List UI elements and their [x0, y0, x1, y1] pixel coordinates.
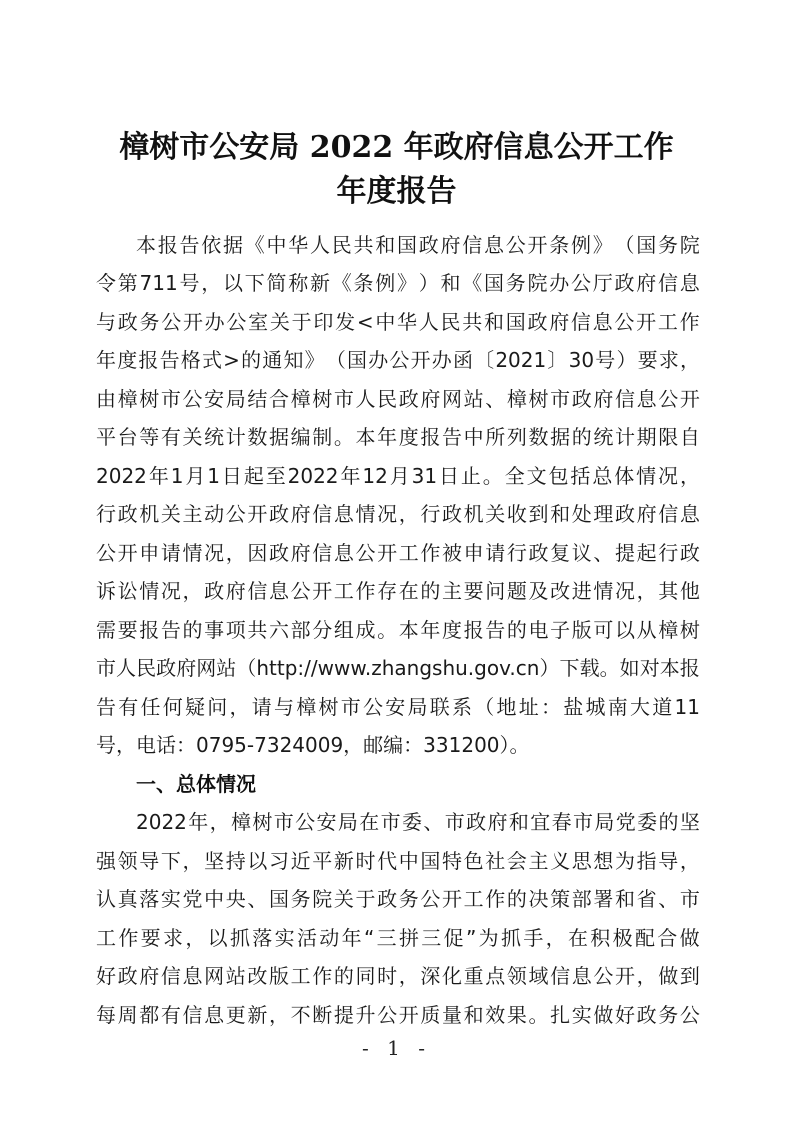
- section-heading-overview: 一、总体情况: [136, 769, 256, 799]
- text-line: 告有任何疑问，请与樟树市公安局联系（地址：盐城南大道11: [96, 692, 700, 722]
- text-line: 号，电话：0795-7324009，邮编：331200）。: [96, 730, 700, 760]
- document-page: 樟树市公安局 2022 年政府信息公开工作 年度报告 本报告依据《中华人民共和国…: [0, 0, 793, 1122]
- text-line: 平台等有关统计数据编制。本年度报告中所列数据的统计期限自: [96, 422, 700, 452]
- text-line: 行政机关主动公开政府信息情况，行政机关收到和处理政府信息: [96, 499, 700, 529]
- report-title-line-2: 年度报告: [0, 166, 793, 210]
- page-number: - 1 -: [0, 1036, 793, 1060]
- text-line: 好政府信息网站改版工作的同时，深化重点领域信息公开，做到: [96, 961, 700, 991]
- text-line: 2022年，樟树市公安局在市委、市政府和宜春市局党委的坚: [136, 807, 700, 837]
- text-line: 由樟树市公安局结合樟树市人民政府网站、樟树市政府信息公开: [96, 384, 700, 414]
- text-line: 市人民政府网站（http://www.zhangshu.gov.cn）下载。如对…: [96, 653, 700, 683]
- text-line: 与政务公开办公室关于印发<中华人民共和国政府信息公开工作: [96, 307, 700, 337]
- text-line: 工作要求，以抓落实活动年“三拼三促”为抓手，在积极配合做: [96, 923, 700, 953]
- text-line: 年度报告格式>的通知》（国办公开办函〔2021〕30号）要求，: [96, 345, 700, 375]
- text-line: 本报告依据《中华人民共和国政府信息公开条例》（国务院: [136, 230, 700, 260]
- text-line: 需要报告的事项共六部分组成。本年度报告的电子版可以从樟树: [96, 615, 700, 645]
- text-line: 2022年1月1日起至2022年12月31日止。全文包括总体情况，: [96, 461, 700, 491]
- text-line: 公开申请情况，因政府信息公开工作被申请行政复议、提起行政: [96, 538, 700, 568]
- report-title-line-1: 樟树市公安局 2022 年政府信息公开工作: [0, 122, 793, 166]
- text-line: 强领导下，坚持以习近平新时代中国特色社会主义思想为指导，: [96, 846, 700, 876]
- text-line: 每周都有信息更新，不断提升公开质量和效果。扎实做好政务公: [96, 1000, 700, 1030]
- text-line: 诉讼情况，政府信息公开工作存在的主要问题及改进情况，其他: [96, 576, 700, 606]
- text-line: 令第711号，以下简称新《条例》）和《国务院办公厅政府信息: [96, 268, 700, 298]
- text-line: 认真落实党中央、国务院关于政务公开工作的决策部署和省、市: [96, 884, 700, 914]
